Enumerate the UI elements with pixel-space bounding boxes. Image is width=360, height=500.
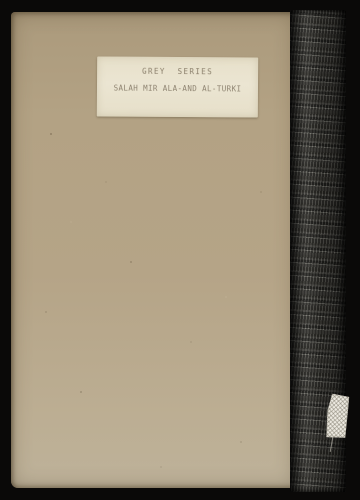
title-label-line1: GREY SERIES [142, 67, 213, 76]
title-label-line2: SALAH MIR ALA-AND AL-TURKI [114, 84, 242, 94]
scan-background: GREY SERIES SALAH MIR ALA-AND AL-TURKI [0, 0, 360, 500]
book-front-cover: GREY SERIES SALAH MIR ALA-AND AL-TURKI [11, 12, 295, 488]
title-label: GREY SERIES SALAH MIR ALA-AND AL-TURKI [97, 56, 258, 117]
